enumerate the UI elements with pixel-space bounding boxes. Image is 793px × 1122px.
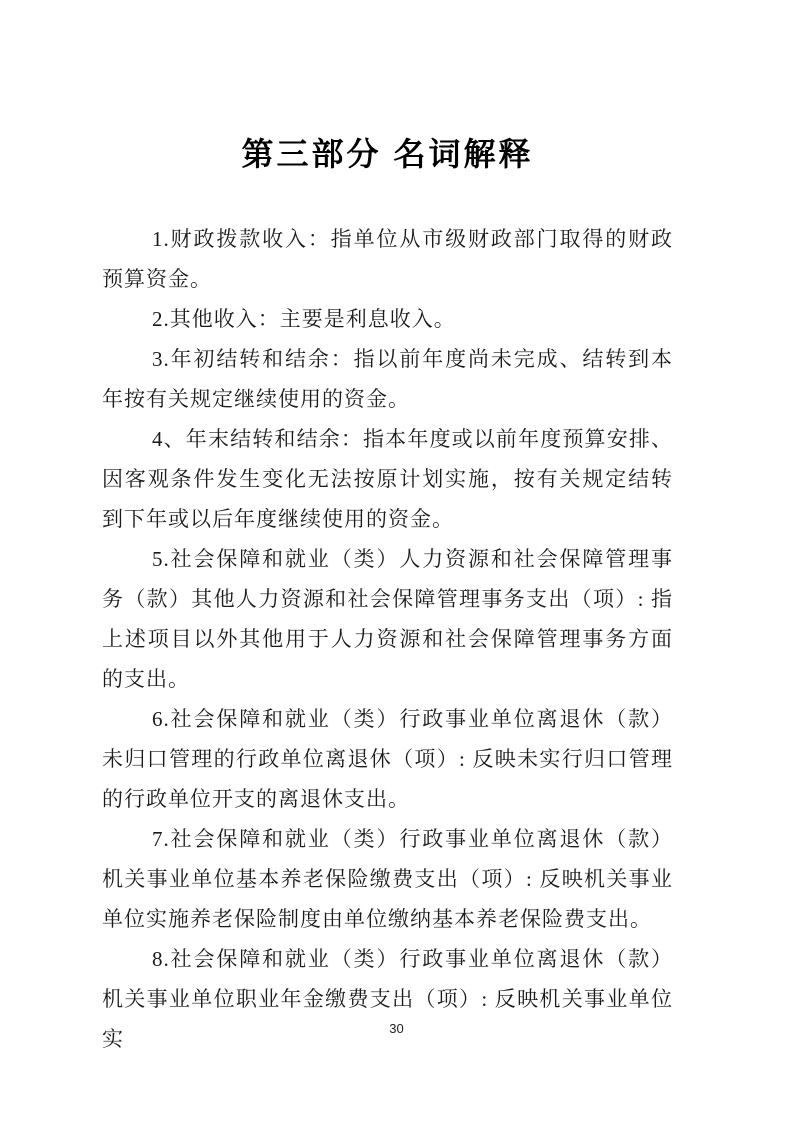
glossary-paragraph-5: 5.社会保障和就业（类）人力资源和社会保障管理事务（款）其他人力资源和社会保障管… [102,539,673,699]
glossary-paragraph-3: 3.年初结转和结余：指以前年度尚未完成、结转到本年按有关规定继续使用的资金。 [102,339,673,419]
page-content: 第三部分 名词解释 1.财政拨款收入：指单位从市级财政部门取得的财政预算资金。 … [102,134,673,1059]
glossary-paragraph-1: 1.财政拨款收入：指单位从市级财政部门取得的财政预算资金。 [102,219,673,299]
glossary-paragraph-6: 6.社会保障和就业（类）行政事业单位离退休（款）未归口管理的行政单位离退休（项）… [102,699,673,819]
glossary-paragraph-8: 8.社会保障和就业（类）行政事业单位离退休（款）机关事业单位职业年金缴费支出（项… [102,939,673,1059]
glossary-paragraph-4: 4、年末结转和结余：指本年度或以前年度预算安排、因客观条件发生变化无法按原计划实… [102,419,673,539]
glossary-paragraph-7: 7.社会保障和就业（类）行政事业单位离退休（款）机关事业单位基本养老保险缴费支出… [102,819,673,939]
document-page: 第三部分 名词解释 1.财政拨款收入：指单位从市级财政部门取得的财政预算资金。 … [0,0,793,1122]
page-number: 30 [0,1021,793,1036]
glossary-paragraph-2: 2.其他收入：主要是利息收入。 [102,299,673,339]
page-title: 第三部分 名词解释 [102,134,673,175]
